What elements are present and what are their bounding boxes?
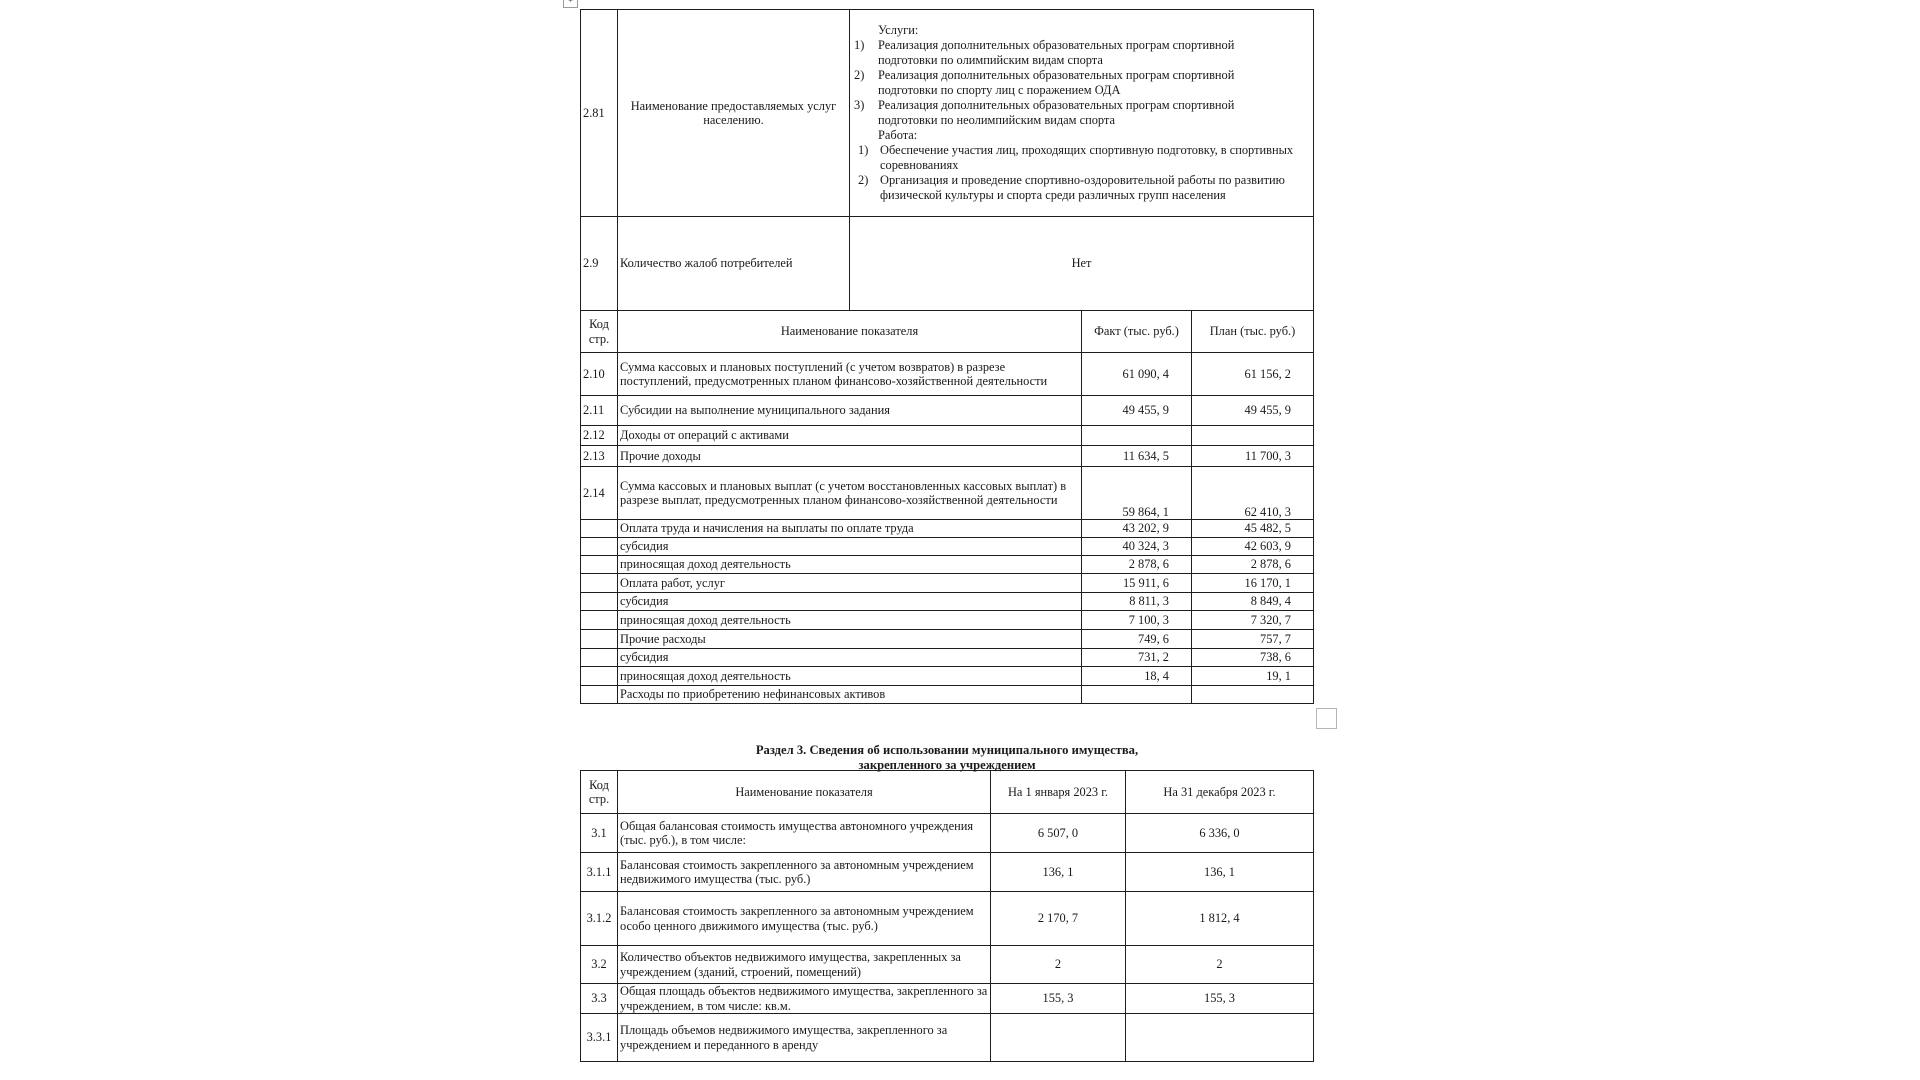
- table-row: 2.9 Количество жалоб потребителей Нет: [581, 217, 1314, 311]
- row-plan: 45 482, 5: [1192, 520, 1314, 538]
- row-plan: 7 320, 7: [1192, 611, 1314, 630]
- row-plan: 738, 6: [1192, 649, 1314, 667]
- table-row: приносящая доход деятельность18, 419, 1: [581, 667, 1314, 686]
- row-fact: 59 864, 1: [1082, 467, 1192, 520]
- table-row: 3.1.1Балансовая стоимость закрепленного …: [581, 853, 1314, 892]
- table-row: приносящая доход деятельность2 878, 62 8…: [581, 556, 1314, 574]
- row-dec31: 155, 3: [1126, 984, 1314, 1014]
- row-code: [581, 649, 618, 667]
- row-dec31: [1126, 1014, 1314, 1062]
- table-row: Оплата работ, услуг15 911, 616 170, 1: [581, 574, 1314, 593]
- row-name: приносящая доход деятельность: [618, 667, 1082, 686]
- row-name: Общая балансовая стоимость имущества авт…: [618, 814, 991, 853]
- row-dec31: 6 336, 0: [1126, 814, 1314, 853]
- paragraph-anchor-box: [1316, 708, 1337, 729]
- row-plan: 757, 7: [1192, 630, 1314, 649]
- row-code: 3.1.2: [581, 892, 618, 946]
- section3-title: Раздел 3. Сведения об использовании муни…: [580, 743, 1314, 773]
- row-code: 2.11: [581, 396, 618, 426]
- row-fact: 61 090, 4: [1082, 353, 1192, 396]
- table-row: 2.10Сумма кассовых и плановых поступлени…: [581, 353, 1314, 396]
- row-plan: 42 603, 9: [1192, 538, 1314, 556]
- row-code: [581, 556, 618, 574]
- row-value: Нет: [850, 217, 1314, 311]
- row-name: Балансовая стоимость закрепленного за ав…: [618, 853, 991, 892]
- row-code: 2.9: [581, 217, 618, 311]
- row-fact: 2 878, 6: [1082, 556, 1192, 574]
- row-code: [581, 611, 618, 630]
- row-code: 2.81: [581, 10, 618, 217]
- table-row: 3.1Общая балансовая стоимость имущества …: [581, 814, 1314, 853]
- property-table: Код стр. Наименование показателя На 1 ян…: [580, 770, 1314, 1062]
- row-plan: 16 170, 1: [1192, 574, 1314, 593]
- row-name: Оплата труда и начисления на выплаты по …: [618, 520, 1082, 538]
- table-row: 3.3Общая площадь объектов недвижимого им…: [581, 984, 1314, 1014]
- row-plan: 2 878, 6: [1192, 556, 1314, 574]
- table-row: Расходы по приобретению нефинансовых акт…: [581, 686, 1314, 704]
- row-name: Субсидии на выполнение муниципального за…: [618, 396, 1082, 426]
- services-list: Услуги: 1)Реализация дополнительных обра…: [850, 10, 1314, 217]
- row-name: Площадь объемов недвижимого имущества, з…: [618, 1014, 991, 1062]
- row-dec31: 2: [1126, 946, 1314, 984]
- row-dec31: 136, 1: [1126, 853, 1314, 892]
- row-plan: 19, 1: [1192, 667, 1314, 686]
- header-jan1: На 1 января 2023 г.: [991, 771, 1126, 814]
- row-name: приносящая доход деятельность: [618, 611, 1082, 630]
- row-plan: [1192, 686, 1314, 704]
- row-fact: [1082, 686, 1192, 704]
- finance-table: Код стр. Наименование показателя Факт (т…: [580, 310, 1314, 704]
- row-fact: 8 811, 3: [1082, 593, 1192, 611]
- row-code: 3.3: [581, 984, 618, 1014]
- row-plan: 49 455, 9: [1192, 396, 1314, 426]
- row-fact: [1082, 426, 1192, 446]
- row-code: [581, 686, 618, 704]
- row-code: [581, 593, 618, 611]
- row-name: Общая площадь объектов недвижимого имуще…: [618, 984, 991, 1014]
- table-row: 3.1.2Балансовая стоимость закрепленного …: [581, 892, 1314, 946]
- row-fact: 43 202, 9: [1082, 520, 1192, 538]
- row-name: Количество жалоб потребителей: [618, 217, 850, 311]
- table-row: 2.81 Наименование предоставляемых услуг …: [581, 10, 1314, 217]
- row-name: Прочие расходы: [618, 630, 1082, 649]
- row-plan: 11 700, 3: [1192, 446, 1314, 467]
- services-table: 2.81 Наименование предоставляемых услуг …: [580, 9, 1314, 311]
- header-name: Наименование показателя: [618, 771, 991, 814]
- row-fact: 49 455, 9: [1082, 396, 1192, 426]
- table-header-row: Код стр. Наименование показателя На 1 ян…: [581, 771, 1314, 814]
- row-code: [581, 574, 618, 593]
- row-jan1: 2 170, 7: [991, 892, 1126, 946]
- row-name: Балансовая стоимость закрепленного за ав…: [618, 892, 991, 946]
- service-item: 3)Реализация дополнительных образователь…: [878, 98, 1295, 128]
- table-row: 2.12Доходы от операций с активами: [581, 426, 1314, 446]
- row-code: 2.12: [581, 426, 618, 446]
- row-code: [581, 538, 618, 556]
- row-fact: 749, 6: [1082, 630, 1192, 649]
- row-name: Сумма кассовых и плановых выплат (с учет…: [618, 467, 1082, 520]
- row-code: 3.3.1: [581, 1014, 618, 1062]
- row-code: 3.1.1: [581, 853, 618, 892]
- row-code: 2.13: [581, 446, 618, 467]
- row-name: Количество объектов недвижимого имуществ…: [618, 946, 991, 984]
- service-item: 1)Реализация дополнительных образователь…: [878, 38, 1295, 68]
- row-fact: 731, 2: [1082, 649, 1192, 667]
- work-heading: Работа:: [878, 128, 1295, 143]
- finance-rows: 2.10Сумма кассовых и плановых поступлени…: [581, 353, 1314, 704]
- row-name: приносящая доход деятельность: [618, 556, 1082, 574]
- row-code: 2.10: [581, 353, 618, 396]
- row-code: 2.14: [581, 467, 618, 520]
- table-row: 2.11Субсидии на выполнение муниципальног…: [581, 396, 1314, 426]
- header-fact: Факт (тыс. руб.): [1082, 311, 1192, 353]
- row-code: [581, 520, 618, 538]
- row-jan1: 2: [991, 946, 1126, 984]
- row-name: Сумма кассовых и плановых поступлений (с…: [618, 353, 1082, 396]
- row-jan1: 136, 1: [991, 853, 1126, 892]
- row-code: [581, 630, 618, 649]
- table-row: 3.2Количество объектов недвижимого имуще…: [581, 946, 1314, 984]
- row-fact: 7 100, 3: [1082, 611, 1192, 630]
- property-rows: 3.1Общая балансовая стоимость имущества …: [581, 814, 1314, 1062]
- row-jan1: [991, 1014, 1126, 1062]
- row-fact: 15 911, 6: [1082, 574, 1192, 593]
- row-plan: 62 410, 3: [1192, 467, 1314, 520]
- services-heading: Услуги:: [878, 23, 1295, 38]
- header-code: Код стр.: [581, 311, 618, 353]
- table-row: субсидия40 324, 342 603, 9: [581, 538, 1314, 556]
- work-item: 1)Обеспечение участия лиц, проходящих сп…: [878, 143, 1295, 173]
- work-item: 2)Организация и проведение спортивно-озд…: [878, 173, 1295, 203]
- row-name: субсидия: [618, 538, 1082, 556]
- row-fact: 40 324, 3: [1082, 538, 1192, 556]
- row-name: Наименование предоставляемых услуг насел…: [618, 10, 850, 217]
- row-fact: 18, 4: [1082, 667, 1192, 686]
- row-name: Оплата работ, услуг: [618, 574, 1082, 593]
- row-name: Доходы от операций с активами: [618, 426, 1082, 446]
- table-row: 3.3.1Площадь объемов недвижимого имущест…: [581, 1014, 1314, 1062]
- row-code: [581, 667, 618, 686]
- row-dec31: 1 812, 4: [1126, 892, 1314, 946]
- service-item: 2)Реализация дополнительных образователь…: [878, 68, 1295, 98]
- row-name: Прочие доходы: [618, 446, 1082, 467]
- row-plan: [1192, 426, 1314, 446]
- header-code: Код стр.: [581, 771, 618, 814]
- table-header-row: Код стр. Наименование показателя Факт (т…: [581, 311, 1314, 353]
- row-fact: 11 634, 5: [1082, 446, 1192, 467]
- row-jan1: 6 507, 0: [991, 814, 1126, 853]
- table-row: приносящая доход деятельность7 100, 37 3…: [581, 611, 1314, 630]
- header-plan: План (тыс. руб.): [1192, 311, 1314, 353]
- row-jan1: 155, 3: [991, 984, 1126, 1014]
- row-name: Расходы по приобретению нефинансовых акт…: [618, 686, 1082, 704]
- row-name: субсидия: [618, 593, 1082, 611]
- table-row: Оплата труда и начисления на выплаты по …: [581, 520, 1314, 538]
- table-move-handle[interactable]: +: [563, 0, 578, 8]
- row-code: 3.2: [581, 946, 618, 984]
- table-row: 2.13Прочие доходы11 634, 511 700, 3: [581, 446, 1314, 467]
- table-row: субсидия8 811, 38 849, 4: [581, 593, 1314, 611]
- header-name: Наименование показателя: [618, 311, 1082, 353]
- header-dec31: На 31 декабря 2023 г.: [1126, 771, 1314, 814]
- row-name: субсидия: [618, 649, 1082, 667]
- row-code: 3.1: [581, 814, 618, 853]
- table-row: субсидия731, 2738, 6: [581, 649, 1314, 667]
- row-plan: 8 849, 4: [1192, 593, 1314, 611]
- table-row: Прочие расходы749, 6757, 7: [581, 630, 1314, 649]
- table-row: 2.14Сумма кассовых и плановых выплат (с …: [581, 467, 1314, 520]
- row-plan: 61 156, 2: [1192, 353, 1314, 396]
